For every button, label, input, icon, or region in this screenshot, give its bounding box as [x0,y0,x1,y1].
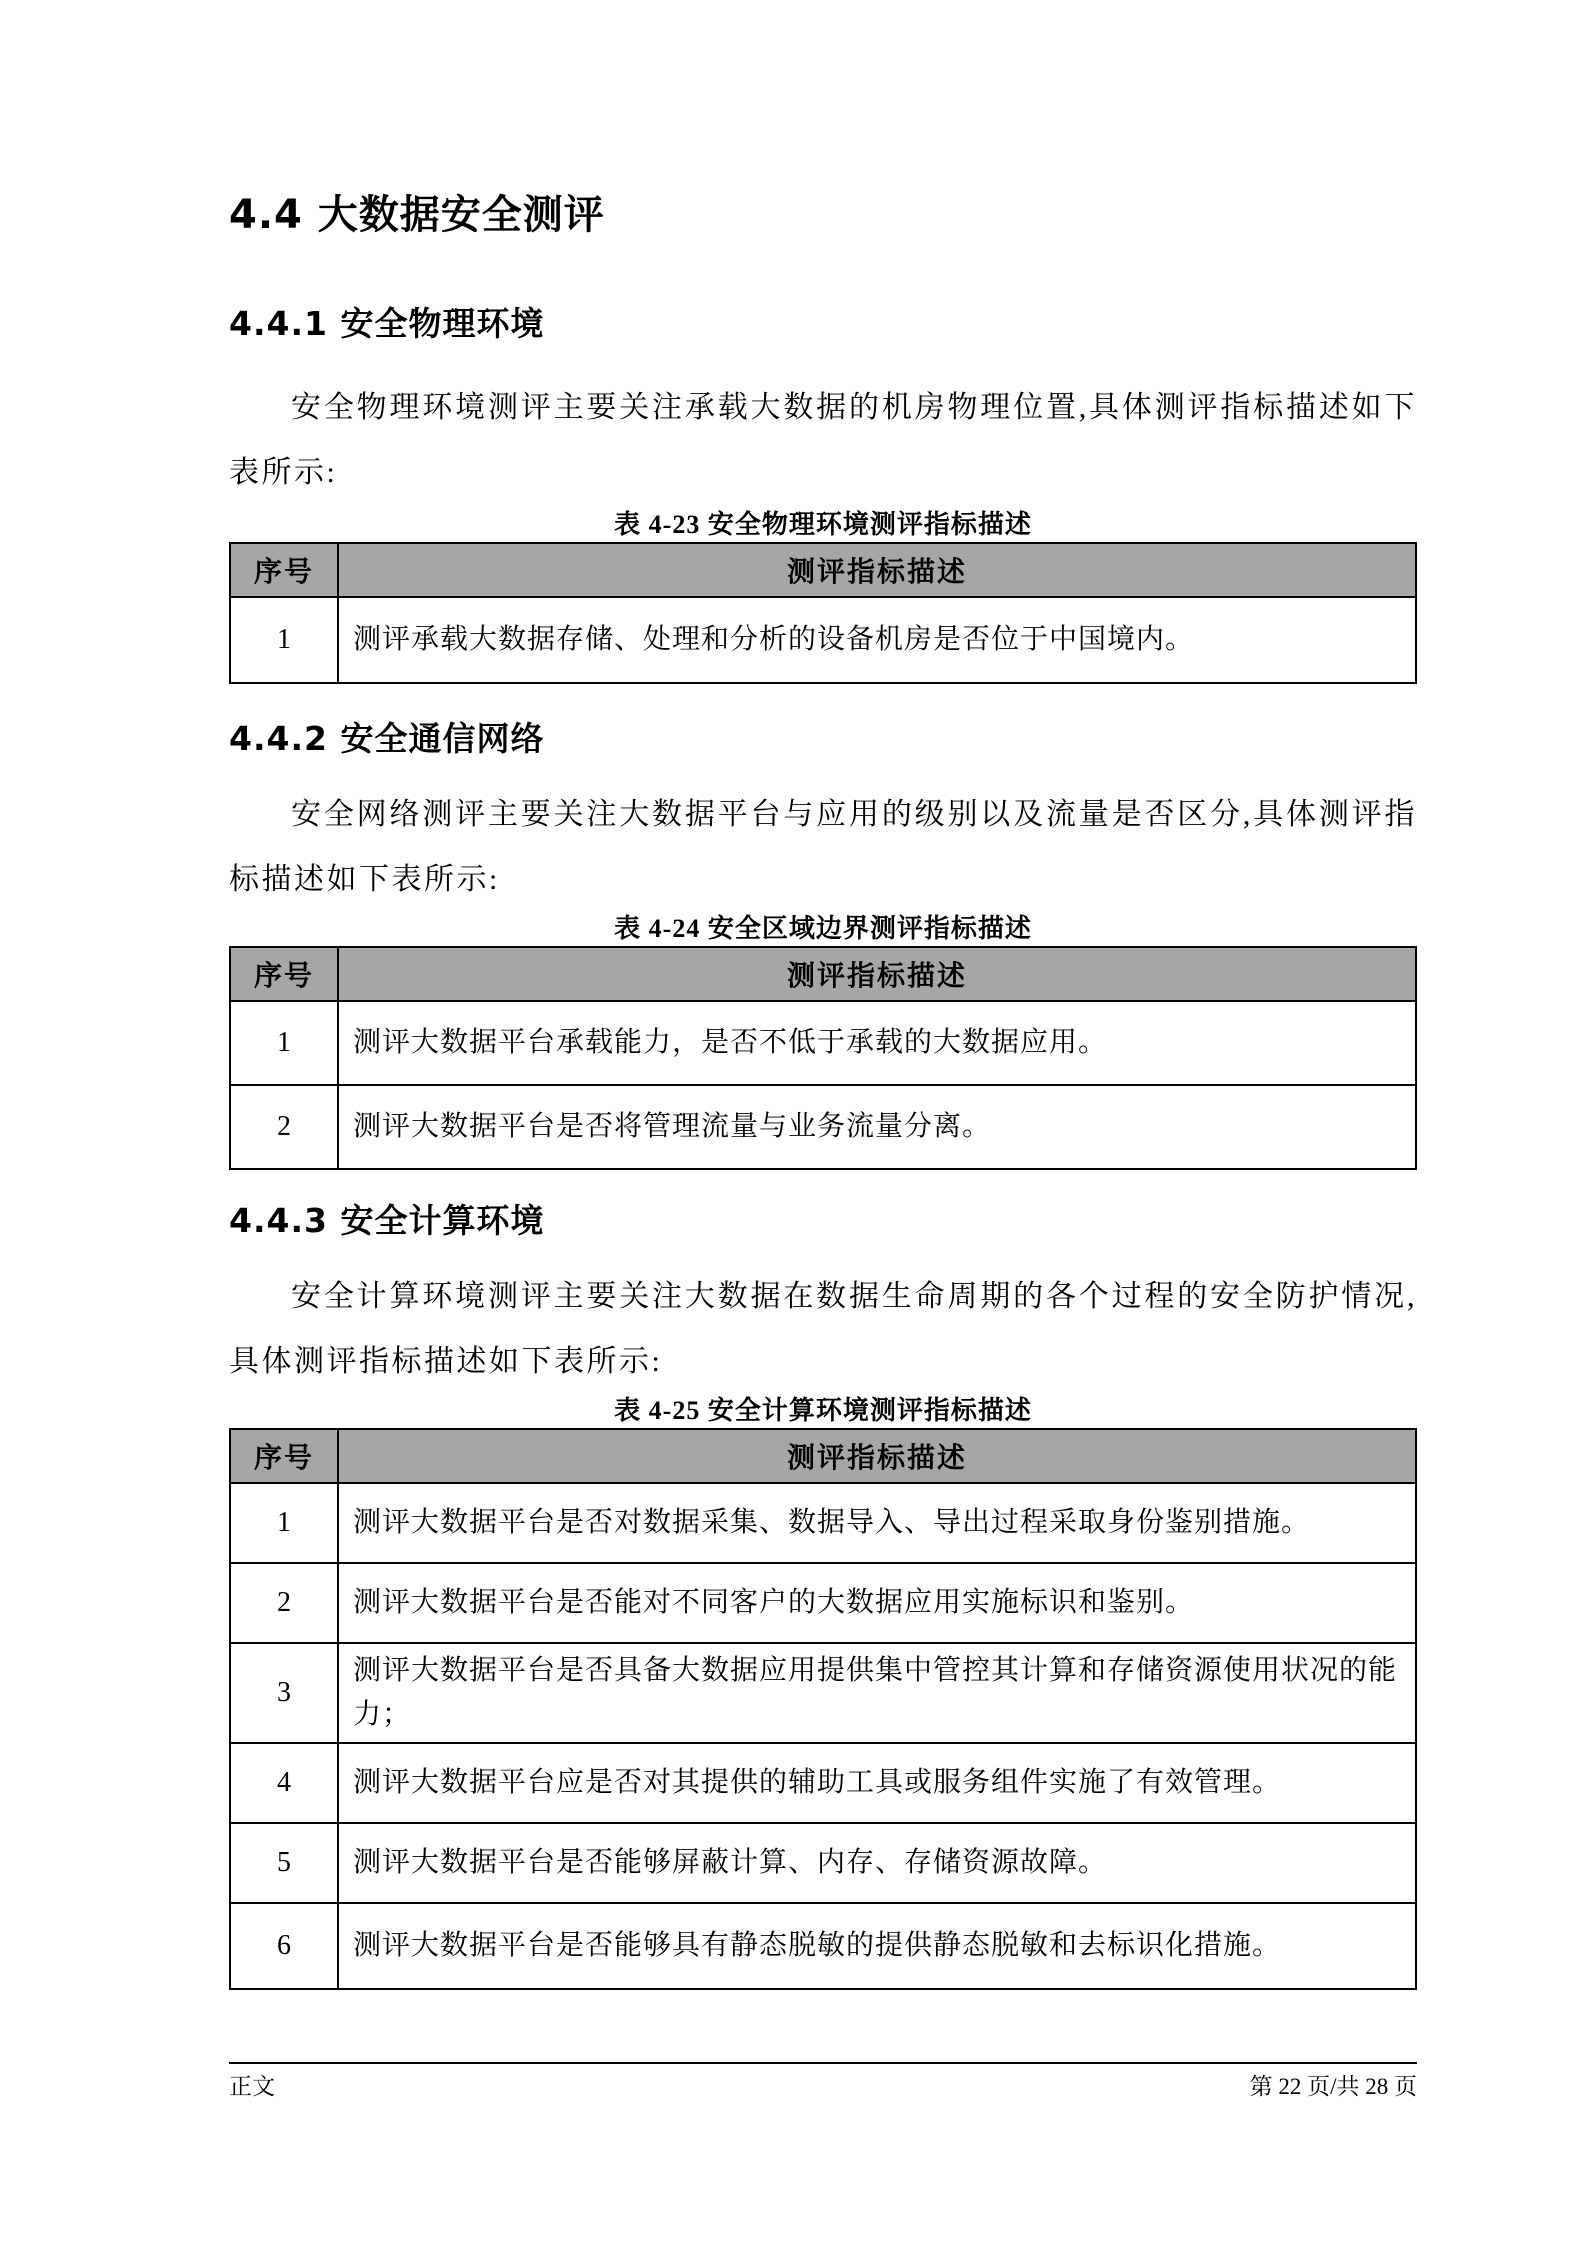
footer-page-number: 第 22 页/共 28 页 [1250,2072,1417,2102]
column-header-number: 序号 [230,543,338,597]
description-cell: 测评大数据平台是否将管理流量与业务流量分离。 [338,1085,1416,1169]
description-cell: 测评大数据平台是否能对不同客户的大数据应用实施标识和鉴别。 [338,1563,1416,1643]
description-cell: 测评大数据平台应是否对其提供的辅助工具或服务组件实施了有效管理。 [338,1743,1416,1823]
table-row: 1 测评承载大数据存储、处理和分析的设备机房是否位于中国境内。 [230,597,1416,683]
description-cell: 测评大数据平台是否对数据采集、数据导入、导出过程采取身份鉴别措施。 [338,1483,1416,1563]
column-header-number: 序号 [230,947,338,1001]
document-content: 4.4 大数据安全测评 4.4.1 安全物理环境 安全物理环境测评主要关注承载大… [229,0,1417,1990]
description-cell: 测评大数据平台是否具备大数据应用提供集中管控其计算和存储资源使用状况的能力； [338,1643,1416,1743]
page-footer: 正文 第 22 页/共 28 页 [229,2062,1417,2102]
table-header-row: 序号 测评指标描述 [230,947,1416,1001]
indicator-table-4-24: 序号 测评指标描述 1 测评大数据平台承载能力，是否不低于承载的大数据应用。 2… [229,946,1417,1170]
column-header-number: 序号 [230,1429,338,1483]
table-row: 6 测评大数据平台是否能够具有静态脱敏的提供静态脱敏和去标识化措施。 [230,1903,1416,1989]
description-cell: 测评承载大数据存储、处理和分析的设备机房是否位于中国境内。 [338,597,1416,683]
section-4-4-3: 4.4.3 安全计算环境 安全计算环境测评主要关注大数据在数据生命周期的各个过程… [229,1200,1417,1990]
column-header-description: 测评指标描述 [338,947,1416,1001]
column-header-description: 测评指标描述 [338,543,1416,597]
section-heading: 4.4.1 安全物理环境 [229,303,1417,345]
row-number-cell: 1 [230,1483,338,1563]
row-number-cell: 5 [230,1823,338,1903]
description-cell: 测评大数据平台承载能力，是否不低于承载的大数据应用。 [338,1001,1416,1085]
row-number-cell: 4 [230,1743,338,1823]
table-row: 1 测评大数据平台承载能力，是否不低于承载的大数据应用。 [230,1001,1416,1085]
table-row: 4 测评大数据平台应是否对其提供的辅助工具或服务组件实施了有效管理。 [230,1743,1416,1823]
column-header-description: 测评指标描述 [338,1429,1416,1483]
section-heading: 4.4.3 安全计算环境 [229,1200,1417,1242]
section-4-4-1: 4.4.1 安全物理环境 安全物理环境测评主要关注承载大数据的机房物理位置,具体… [229,303,1417,684]
description-cell: 测评大数据平台是否能够具有静态脱敏的提供静态脱敏和去标识化措施。 [338,1903,1416,1989]
footer-section-label: 正文 [229,2072,275,2102]
table-row: 2 测评大数据平台是否将管理流量与业务流量分离。 [230,1085,1416,1169]
table-row: 2 测评大数据平台是否能对不同客户的大数据应用实施标识和鉴别。 [230,1563,1416,1643]
section-heading: 4.4.2 安全通信网络 [229,718,1417,760]
row-number-cell: 1 [230,1001,338,1085]
table-caption: 表 4-25 安全计算环境测评指标描述 [229,1394,1417,1428]
indicator-table-4-23: 序号 测评指标描述 1 测评承载大数据存储、处理和分析的设备机房是否位于中国境内… [229,542,1417,684]
table-caption: 表 4-23 安全物理环境测评指标描述 [229,508,1417,542]
row-number-cell: 2 [230,1563,338,1643]
table-row: 5 测评大数据平台是否能够屏蔽计算、内存、存储资源故障。 [230,1823,1416,1903]
body-paragraph: 安全计算环境测评主要关注大数据在数据生命周期的各个过程的安全防护情况,具体测评指… [229,1264,1417,1394]
body-paragraph: 安全物理环境测评主要关注承载大数据的机房物理位置,具体测评指标描述如下表所示: [229,375,1417,505]
table-row: 1 测评大数据平台是否对数据采集、数据导入、导出过程采取身份鉴别措施。 [230,1483,1416,1563]
row-number-cell: 2 [230,1085,338,1169]
chapter-heading: 4.4 大数据安全测评 [229,190,1417,240]
table-caption: 表 4-24 安全区域边界测评指标描述 [229,912,1417,946]
table-header-row: 序号 测评指标描述 [230,543,1416,597]
table-header-row: 序号 测评指标描述 [230,1429,1416,1483]
body-paragraph: 安全网络测评主要关注大数据平台与应用的级别以及流量是否区分,具体测评指标描述如下… [229,782,1417,912]
row-number-cell: 3 [230,1643,338,1743]
row-number-cell: 6 [230,1903,338,1989]
section-4-4-2: 4.4.2 安全通信网络 安全网络测评主要关注大数据平台与应用的级别以及流量是否… [229,718,1417,1170]
table-row: 3 测评大数据平台是否具备大数据应用提供集中管控其计算和存储资源使用状况的能力； [230,1643,1416,1743]
row-number-cell: 1 [230,597,338,683]
description-cell: 测评大数据平台是否能够屏蔽计算、内存、存储资源故障。 [338,1823,1416,1903]
indicator-table-4-25: 序号 测评指标描述 1 测评大数据平台是否对数据采集、数据导入、导出过程采取身份… [229,1428,1417,1990]
